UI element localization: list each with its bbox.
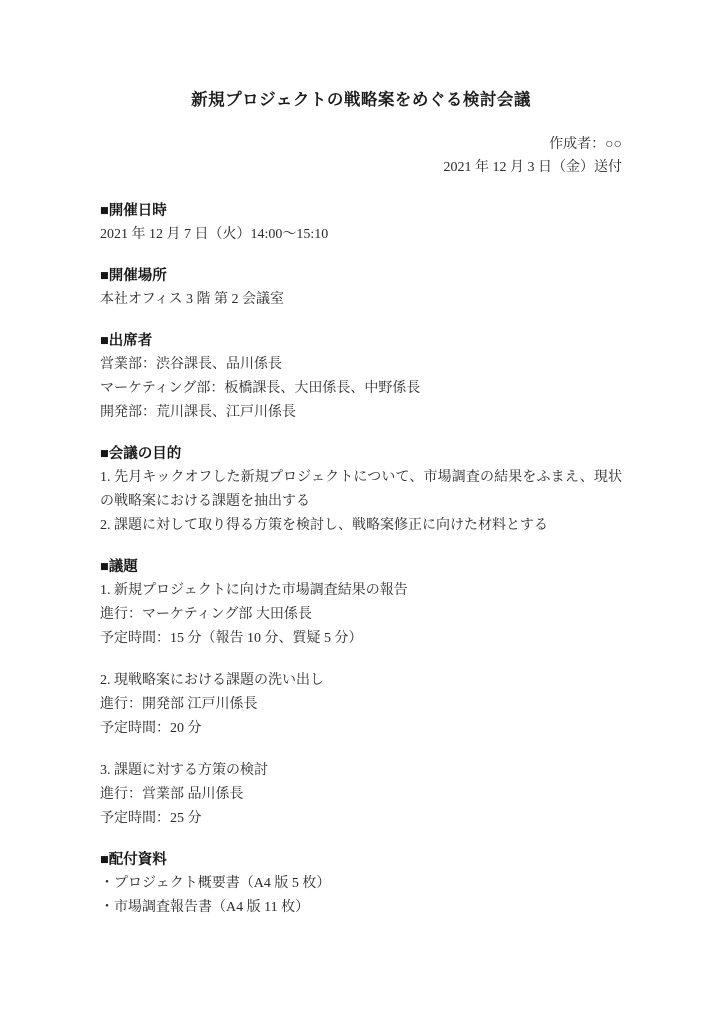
section-location: ■開催場所 本社オフィス 3 階 第 2 会議室 (100, 264, 622, 312)
meta-block: 作成者：○○ 2021 年 12 月 3 日（金）送付 (100, 133, 622, 179)
agenda-item-duration: 予定時間：15 分（報告 10 分、質疑 5 分） (100, 627, 622, 651)
author-line: 作成者：○○ (100, 133, 622, 156)
section-heading: ■会議の目的 (100, 442, 622, 466)
sent-date-line: 2021 年 12 月 3 日（金）送付 (100, 156, 622, 179)
section-agenda: ■議題 1. 新規プロジェクトに向けた市場調査結果の報告 進行：マーケティング部… (100, 555, 622, 831)
section-purpose: ■会議の目的 1. 先月キックオフした新規プロジェクトについて、市場調査の結果を… (100, 442, 622, 538)
section-heading: ■出席者 (100, 329, 622, 353)
section-heading: ■開催日時 (100, 199, 622, 223)
agenda-item-facilitator: 進行：開発部 江戸川係長 (100, 693, 622, 717)
agenda-item-title: 3. 課題に対する方策の検討 (100, 759, 622, 783)
agenda-item-title: 2. 現戦略案における課題の洗い出し (100, 669, 622, 693)
agenda-item-title: 1. 新規プロジェクトに向けた市場調査結果の報告 (100, 579, 622, 603)
body-line: 2. 課題に対して取り得る方策を検討し、戦略案修正に向けた材料とする (100, 514, 622, 538)
body-line: マーケティング部：板橋課長、大田係長、中野係長 (100, 377, 622, 401)
body-line: 開発部：荒川課長、江戸川係長 (100, 401, 622, 425)
section-handouts: ■配付資料 ・プロジェクト概要書（A4 版 5 枚） ・市場調査報告書（A4 版… (100, 848, 622, 920)
agenda-item-duration: 予定時間：20 分 (100, 717, 622, 741)
handout-item: ・プロジェクト概要書（A4 版 5 枚） (100, 872, 622, 896)
section-attendees: ■出席者 営業部：渋谷課長、品川係長 マーケティング部：板橋課長、大田係長、中野… (100, 329, 622, 425)
document-page: 新規プロジェクトの戦略案をめぐる検討会議 作成者：○○ 2021 年 12 月 … (0, 0, 724, 1024)
body-line: 1. 先月キックオフした新規プロジェクトについて、市場調査の結果をふまえ、現状の… (100, 466, 622, 514)
agenda-item-3: 3. 課題に対する方策の検討 進行：営業部 品川係長 予定時間：25 分 (100, 759, 622, 831)
agenda-item-2: 2. 現戦略案における課題の洗い出し 進行：開発部 江戸川係長 予定時間：20 … (100, 669, 622, 741)
section-heading: ■配付資料 (100, 848, 622, 872)
body-line: 本社オフィス 3 階 第 2 会議室 (100, 288, 622, 312)
section-heading: ■開催場所 (100, 264, 622, 288)
agenda-item-duration: 予定時間：25 分 (100, 807, 622, 831)
section-heading: ■議題 (100, 555, 622, 579)
section-date-time: ■開催日時 2021 年 12 月 7 日（火）14:00～15:10 (100, 199, 622, 247)
agenda-item-facilitator: 進行：営業部 品川係長 (100, 783, 622, 807)
agenda-item-facilitator: 進行：マーケティング部 大田係長 (100, 603, 622, 627)
body-line: 2021 年 12 月 7 日（火）14:00～15:10 (100, 223, 622, 247)
agenda-item-1: 1. 新規プロジェクトに向けた市場調査結果の報告 進行：マーケティング部 大田係… (100, 579, 622, 651)
document-title: 新規プロジェクトの戦略案をめぐる検討会議 (100, 88, 622, 112)
body-line: 営業部：渋谷課長、品川係長 (100, 353, 622, 377)
handout-item: ・市場調査報告書（A4 版 11 枚） (100, 896, 622, 920)
